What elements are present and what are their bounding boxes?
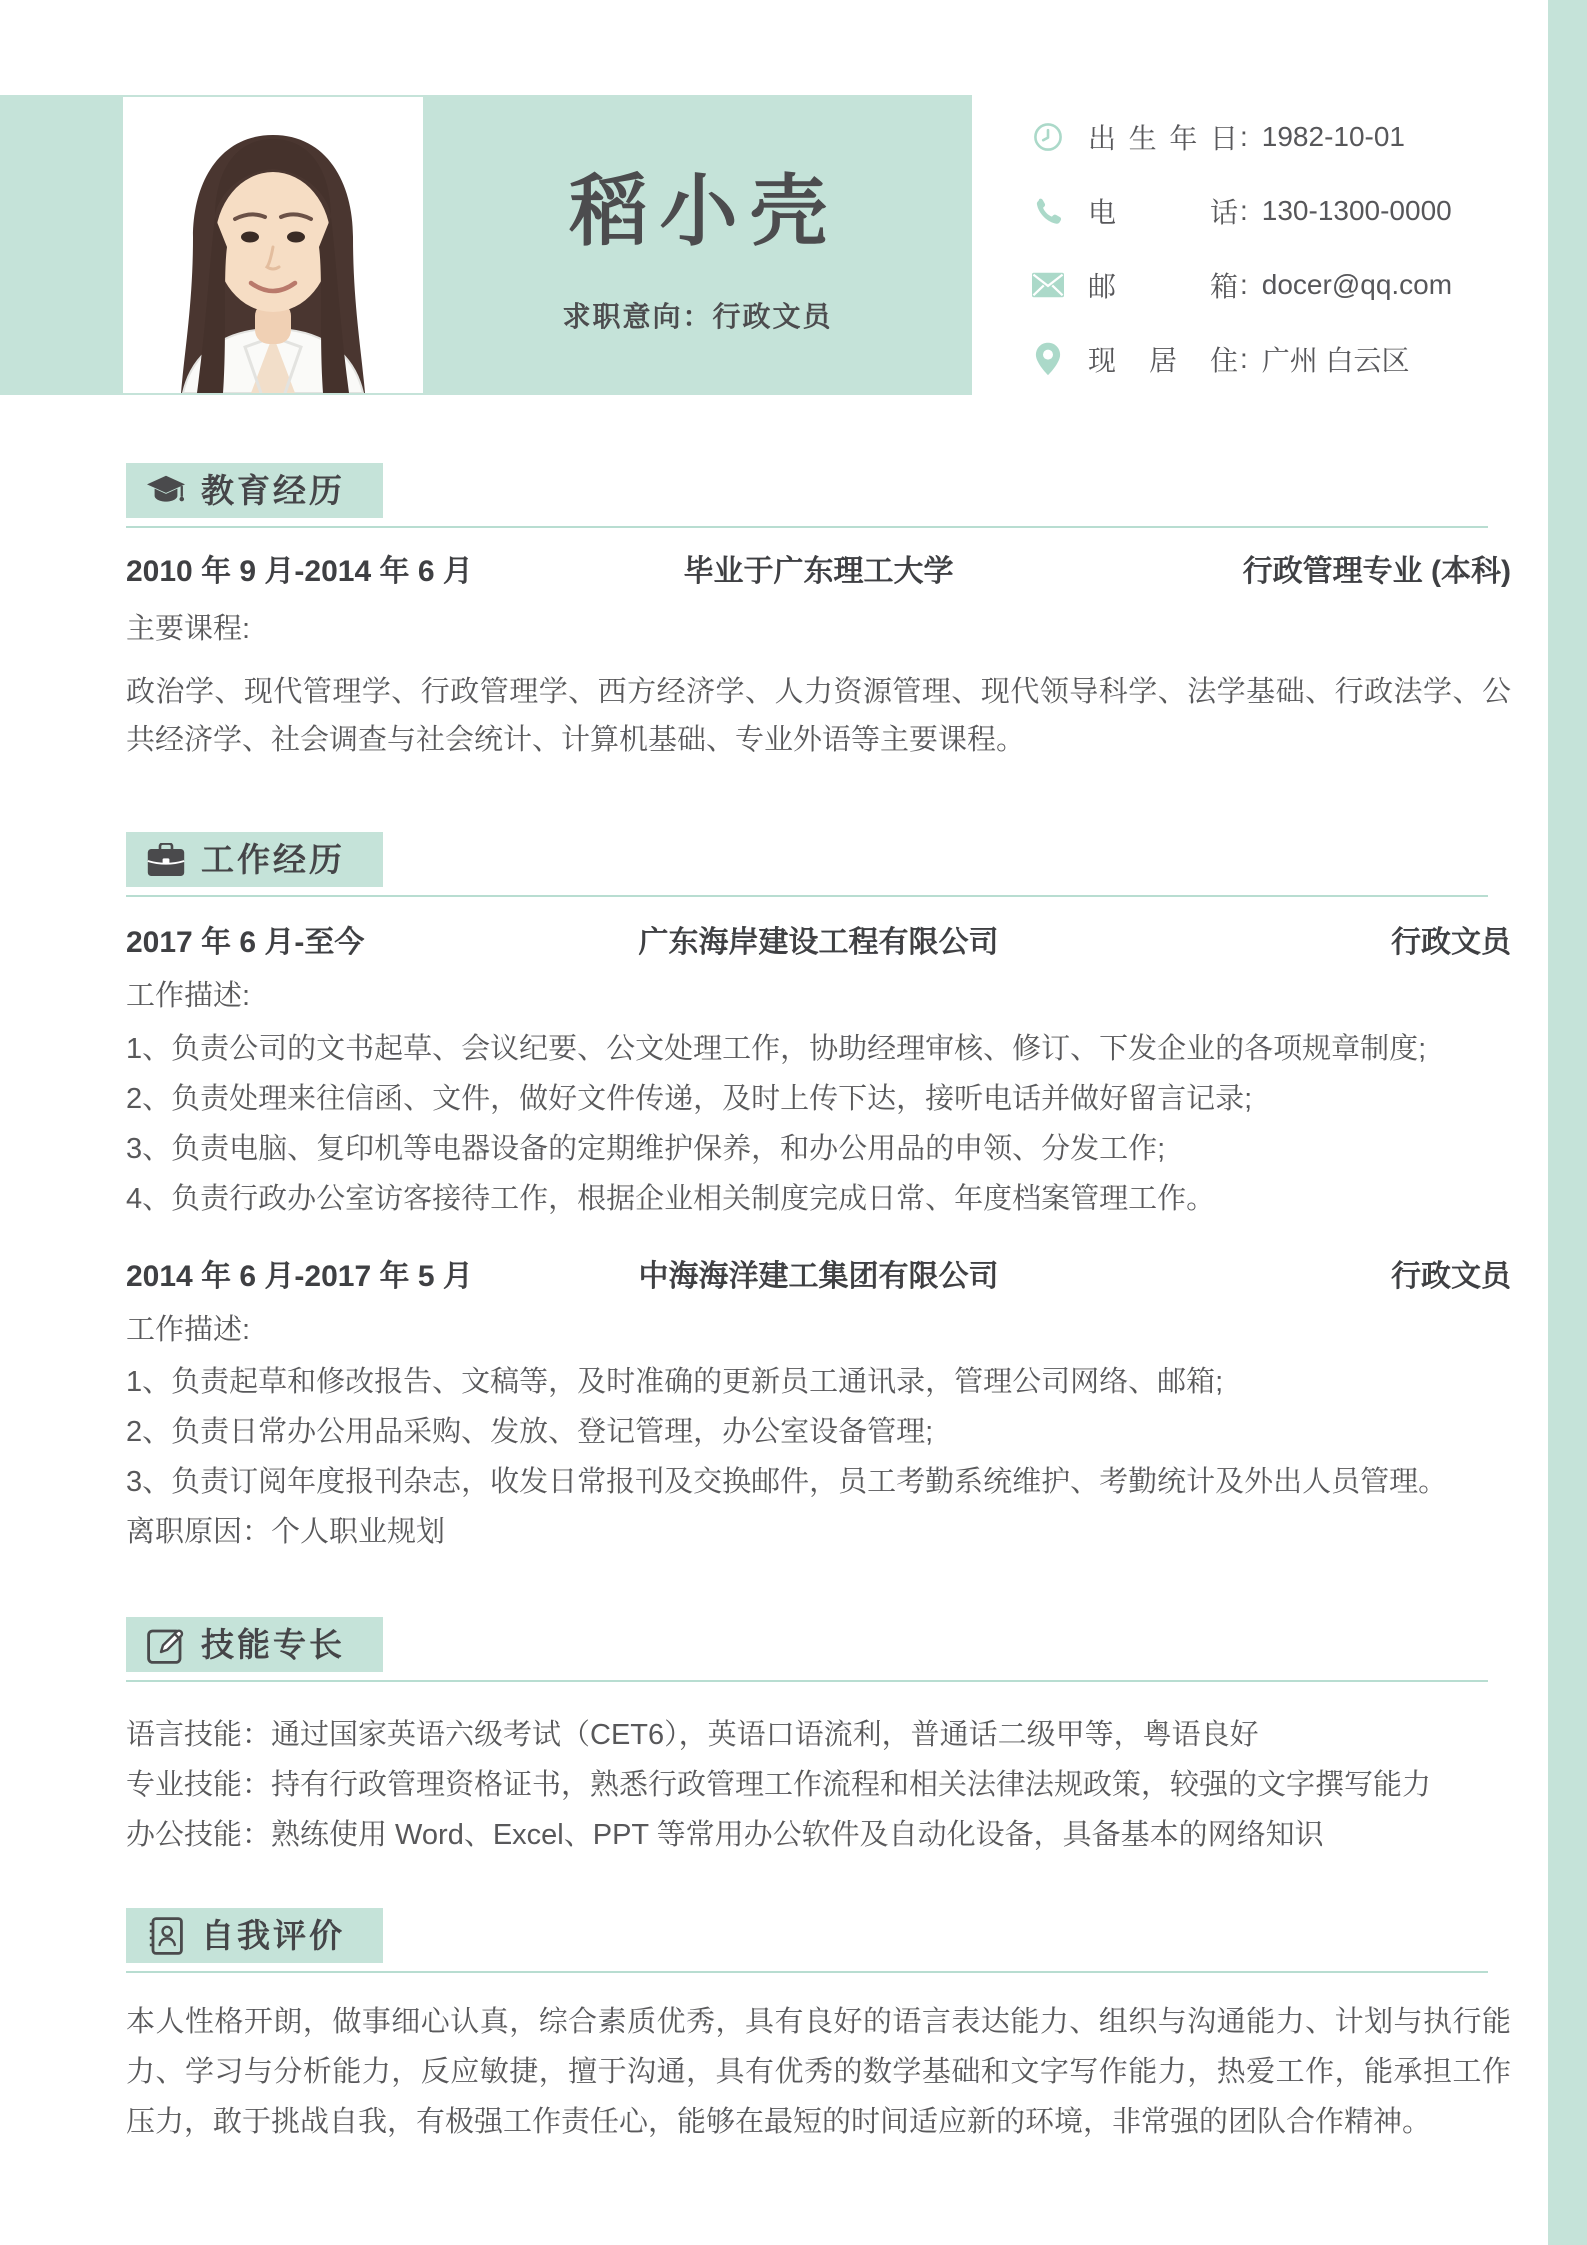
birthdate-value: 1982-10-01 <box>1262 121 1405 153</box>
graduation-cap-icon <box>147 472 185 510</box>
location-pin-icon <box>1032 343 1064 375</box>
contact-row-address: 现 居 住: 广州 白云区 <box>1032 344 1502 374</box>
skills-section-header: 技能专长 <box>126 1617 383 1672</box>
mail-icon <box>1032 269 1064 301</box>
section-skills: 技能专长 语言技能：通过国家英语六级考试（CET6），英语口语流利，普通话二级甲… <box>126 1617 1511 1860</box>
resume-body: 教育经历 2010 年 9 月-2014 年 6 月 毕业于广东理工大学 行政管… <box>126 463 1511 2147</box>
job-entry-header: 2014 年 6 月-2017 年 5 月 中海海洋建工集团有限公司 行政文员 <box>126 1262 1511 1292</box>
self-evaluation-text: 本人性格开朗，做事细心认真，综合素质优秀，具有良好的语言表达能力、组织与沟通能力… <box>126 1997 1511 2147</box>
job-duty-item: 4、负责行政办公室访客接待工作，根据企业相关制度完成日常、年度档案管理工作。 <box>126 1174 1511 1224</box>
job-duty-item: 1、负责起草和修改报告、文稿等，及时准确的更新员工通讯录，管理公司网络、邮箱; <box>126 1357 1511 1407</box>
contact-colon: : <box>1240 343 1248 375</box>
pencil-square-icon <box>147 1626 185 1664</box>
leave-reason: 离职原因：个人职业规划 <box>126 1517 1511 1547</box>
job-company: 中海海洋建工集团有限公司 <box>588 1262 1050 1292</box>
section-divider <box>126 895 1488 897</box>
education-major: 行政管理专业 (本科) <box>1049 557 1511 587</box>
contact-block: 出生年日: 1982-10-01 电 话: 130-1300-0000 邮 箱:… <box>1032 122 1502 418</box>
education-school: 毕业于广东理工大学 <box>588 557 1050 587</box>
courses-text: 政治学、现代管理学、行政管理学、西方经济学、人力资源管理、现代领导科学、法学基础… <box>126 668 1511 764</box>
job-period: 2017 年 6 月-至今 <box>126 928 588 958</box>
job-position: 行政文员 <box>1049 928 1511 958</box>
section-divider <box>126 526 1488 528</box>
job-intention-label: 求职意向： <box>562 301 712 332</box>
section-title: 工作经历 <box>201 832 345 887</box>
address-value: 广州 白云区 <box>1262 339 1410 379</box>
self-evaluation-section-header: 自我评价 <box>126 1908 383 1963</box>
contact-row-birthdate: 出生年日: 1982-10-01 <box>1032 122 1502 152</box>
education-section-header: 教育经历 <box>126 463 383 518</box>
section-title: 技能专长 <box>201 1617 345 1672</box>
job-period: 2014 年 6 月-2017 年 5 月 <box>126 1262 588 1292</box>
job-duty-list: 1、负责起草和修改报告、文稿等，及时准确的更新员工通讯录，管理公司网络、邮箱; … <box>126 1357 1511 1507</box>
work-section-header: 工作经历 <box>126 832 383 887</box>
job-company: 广东海岸建设工程有限公司 <box>588 928 1050 958</box>
clock-icon <box>1032 121 1064 153</box>
section-education: 教育经历 2010 年 9 月-2014 年 6 月 毕业于广东理工大学 行政管… <box>126 463 1511 764</box>
profile-photo <box>123 97 423 393</box>
section-title: 教育经历 <box>201 463 345 518</box>
job-intention: 求职意向：行政文员 <box>562 295 832 335</box>
header-band: 稻小壳 求职意向：行政文员 <box>0 95 972 395</box>
education-entry-header: 2010 年 9 月-2014 年 6 月 毕业于广东理工大学 行政管理专业 (… <box>126 557 1511 587</box>
section-work: 工作经历 2017 年 6 月-至今 广东海岸建设工程有限公司 行政文员 工作描… <box>126 832 1511 1547</box>
contact-row-email: 邮 箱: docer@qq.com <box>1032 270 1502 300</box>
briefcase-icon <box>147 841 185 879</box>
courses-label: 主要课程: <box>126 614 1511 644</box>
phone-icon <box>1032 195 1064 227</box>
job-description-label: 工作描述: <box>126 1315 1511 1345</box>
portrait-illustration <box>123 97 423 393</box>
job-duty-list: 1、负责公司的文书起草、会议纪要、公文处理工作，协助经理审核、修订、下发企业的各… <box>126 1024 1511 1224</box>
identity-block: 稻小壳 求职意向：行政文员 <box>423 95 972 395</box>
section-self-evaluation: 自我评价 本人性格开朗，做事细心认真，综合素质优秀，具有良好的语言表达能力、组织… <box>126 1908 1511 2147</box>
candidate-name: 稻小壳 <box>569 171 839 251</box>
resume-page: 稻小壳 求职意向：行政文员 出生年日: 1982-10-01 电 话: 130-… <box>0 0 1587 2245</box>
contact-label: 现 居 住 <box>1088 339 1238 379</box>
email-value: docer@qq.com <box>1262 269 1452 301</box>
contact-row-phone: 电 话: 130-1300-0000 <box>1032 196 1502 226</box>
job-duty-item: 3、负责电脑、复印机等电器设备的定期维护保养，和办公用品的申领、分发工作; <box>126 1124 1511 1174</box>
skill-item: 专业技能：持有行政管理资格证书，熟悉行政管理工作流程和相关法律法规政策，较强的文… <box>126 1760 1511 1810</box>
contact-label: 邮 箱 <box>1088 265 1238 305</box>
right-accent-stripe <box>1548 0 1587 2245</box>
address-book-icon <box>147 1917 185 1955</box>
job-intention-value: 行政文员 <box>713 301 833 332</box>
section-divider <box>126 1971 1488 1973</box>
job-entry-header: 2017 年 6 月-至今 广东海岸建设工程有限公司 行政文员 <box>126 928 1511 958</box>
job-duty-item: 2、负责日常办公用品采购、发放、登记管理，办公室设备管理; <box>126 1407 1511 1457</box>
job-duty-item: 1、负责公司的文书起草、会议纪要、公文处理工作，协助经理审核、修订、下发企业的各… <box>126 1024 1511 1074</box>
skill-item: 语言技能：通过国家英语六级考试（CET6），英语口语流利，普通话二级甲等，粤语良… <box>126 1710 1511 1760</box>
education-period: 2010 年 9 月-2014 年 6 月 <box>126 557 588 587</box>
job-duty-item: 2、负责处理来往信函、文件，做好文件传递，及时上传下达，接听电话并做好留言记录; <box>126 1074 1511 1124</box>
job-duty-item: 3、负责订阅年度报刊杂志，收发日常报刊及交换邮件，员工考勤系统维护、考勤统计及外… <box>126 1457 1511 1507</box>
job-position: 行政文员 <box>1049 1262 1511 1292</box>
phone-value: 130-1300-0000 <box>1262 195 1452 227</box>
contact-colon: : <box>1240 269 1248 301</box>
contact-label: 电 话 <box>1088 191 1238 231</box>
section-title: 自我评价 <box>201 1908 345 1963</box>
contact-colon: : <box>1240 195 1248 227</box>
section-divider <box>126 1680 1488 1682</box>
contact-label: 出生年日 <box>1088 117 1238 157</box>
skill-item: 办公技能：熟练使用 Word、Excel、PPT 等常用办公软件及自动化设备，具… <box>126 1810 1511 1860</box>
contact-colon: : <box>1240 121 1248 153</box>
skills-list: 语言技能：通过国家英语六级考试（CET6），英语口语流利，普通话二级甲等，粤语良… <box>126 1710 1511 1860</box>
job-description-label: 工作描述: <box>126 981 1511 1011</box>
